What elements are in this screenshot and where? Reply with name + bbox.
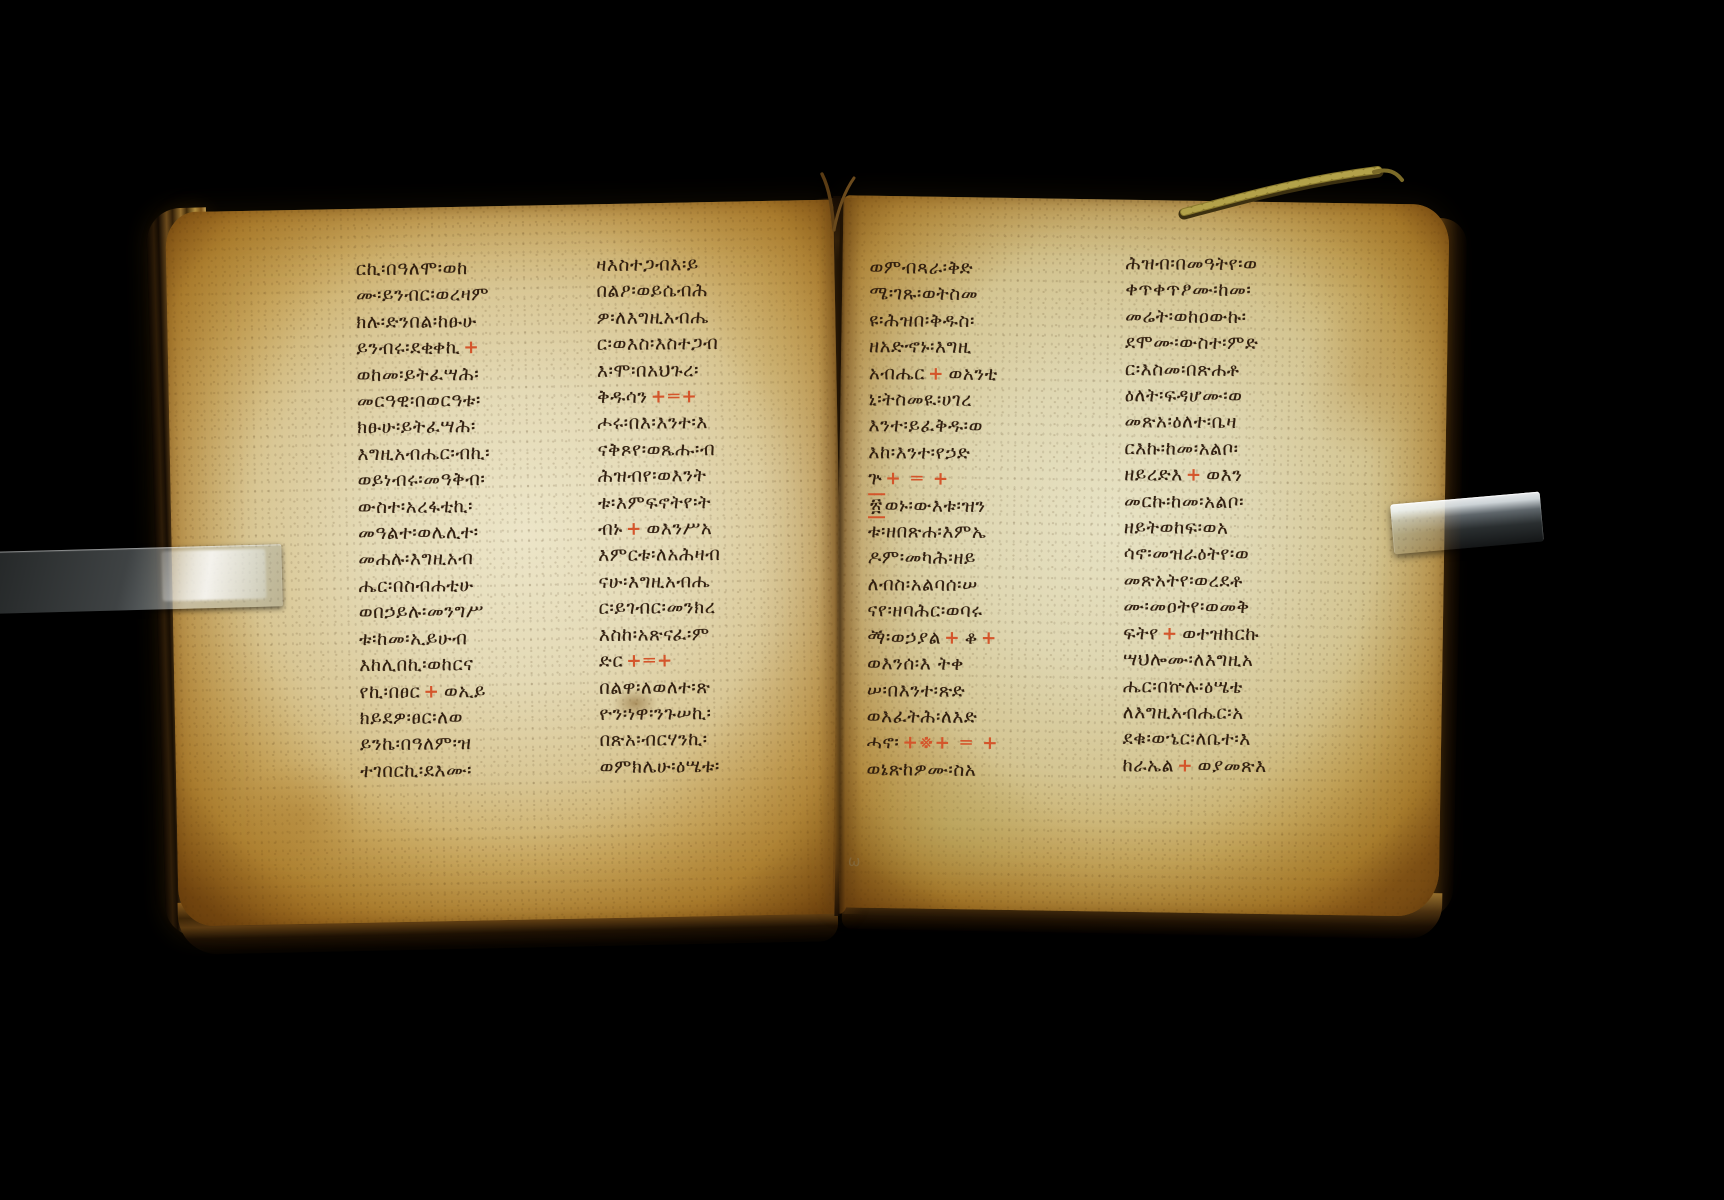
manuscript-line: የኪ፡በፀር+ወኢይ (359, 677, 619, 706)
binding-thread-icon (800, 168, 880, 238)
manuscript-line: ኒ፡ትስመዪ፡ሀገረ (869, 387, 1129, 415)
manuscript-line: ርእኩ፡ከመ፡አልቦ፡ (1124, 436, 1384, 464)
manuscript-line: ርኪ፡በዓለሞ፡ወከ (356, 255, 616, 284)
manuscript-line: መርዓዊ፡በወርዓቱ፡ (357, 387, 617, 416)
manuscript-line: ር፡ወእስ፡እስተጋብ (597, 330, 857, 358)
pencil-mark: ω (847, 852, 861, 871)
manuscript-line: ፳ወኑ፡ውእቱ፡ዝን (868, 493, 1128, 521)
glass-glare (161, 549, 266, 602)
manuscript-line: ውስተ፡አረፋቲኪ፡ (358, 493, 618, 522)
rubric-mark: + (420, 681, 444, 702)
manuscript-line: ክይደዎ፡ፀር፡ለወ (360, 704, 620, 733)
manuscript-line: ክፁሁ፡ይትፈሣሕ፡ (357, 413, 617, 442)
manuscript-line: ለብስ፡አልባሰ፡ሠ (868, 572, 1128, 600)
manuscript-line: ዎ፡ለእግዚአብሔ (597, 304, 857, 332)
manuscript-line: ወምክሌሁ፡ዕሤቱ፡ (600, 753, 860, 781)
rubric-mark: + (1174, 755, 1198, 776)
manuscript-line: ዩ፡ሕዝበ፡ቅዱስ፡ (869, 308, 1129, 336)
manuscript-line: እምርቱ፡ለአሕዛብ (598, 542, 858, 570)
manuscript-line: ናቅጾየ፡ወጼሑ፡ብ (597, 436, 857, 464)
manuscript-photo: ርኪ፡በዓለሞ፡ወከሙ፡ይንብር፡ወረዛምክሉ፡ድንበል፡ከፁሁይንብሩ፡ደቂቀ… (0, 0, 1724, 1200)
manuscript-line: ሓኖ፡+፠+ ═ + (867, 731, 1127, 759)
manuscript-line: ወይነብሩ፡መዓቅብ፡ (358, 466, 618, 495)
rubric-mark: +═+ (648, 386, 702, 407)
rubric-mark: + ═ + (882, 469, 953, 490)
manuscript-line: ሣህሎሙ፡ለእግዚአ (1123, 647, 1383, 675)
rubric-mark: + (978, 628, 1002, 649)
manuscript-line: በጽአ፡ብርሃንኪ፡ (599, 726, 859, 754)
text-column-right-1: ወምብጻራ፡ቅድሜ፡ገጹ፡ወትስመዩ፡ሕዝበ፡ቅዱስ፡ዘአድኆኑ፡እግዚአብሔር… (866, 255, 1129, 785)
manuscript-line: ር፡ይገብር፡መንክረ (599, 594, 859, 622)
rubric-mark: +፠+ ═ + (899, 733, 1002, 755)
manuscript-line: ሙ፡ይንብር፡ወረዛም (356, 281, 616, 310)
rubric-mark: + (1183, 465, 1207, 486)
manuscript-line: በልዋ፡ለወለተ፡ጽ (599, 674, 859, 702)
manuscript-line: መሐሉ፡እግዚአብ (358, 545, 618, 574)
manuscript-line: ወኔጽከዎሙ፡ስአ (866, 757, 1126, 785)
manuscript-line: ር፡እስመ፡በጽሐቶ (1125, 357, 1385, 385)
rubric-mark: +═+ (623, 650, 677, 671)
manuscript-line: ቅዱሳን+═+ (597, 383, 857, 411)
manuscript-line: ደቁ፡ወኄር፡ለቤተ፡እ (1123, 727, 1383, 755)
rubric-mark: + (1159, 623, 1183, 644)
manuscript-line: ቀጥቀጥፆሙ፡ከመ፡ (1125, 278, 1385, 306)
manuscript-line: ሖሩ፡በእ፡እንተ፡እ (597, 410, 857, 438)
manuscript-line: ወእንሰ፡እ ትቀ (867, 651, 1127, 679)
manuscript-line: ተገበርኪ፡ደእሙ፡ (360, 757, 620, 786)
manuscript-line: ቱ፡ከመ፡ኢይሁብ (359, 625, 619, 654)
manuscript-line: ሜ፡ገጹ፡ወትስመ (869, 282, 1129, 310)
manuscript-line: ዘይትወከፍ፡ወአ (1124, 515, 1384, 543)
manuscript-line: ወበኃይሉ፡መንግሥ (359, 598, 619, 627)
manuscript-line: ጕ+ ═ + (868, 466, 1128, 494)
manuscript-line: መሬት፡ወከዐውኩ፡ (1125, 304, 1385, 332)
text-column-left-1: ርኪ፡በዓለሞ፡ወከሙ፡ይንብር፡ወረዛምክሉ፡ድንበል፡ከፁሁይንብሩ፡ደቂቀ… (356, 255, 621, 785)
manuscript-line: እከ፡እንተ፡የኃድ (868, 440, 1128, 468)
manuscript-line: ክሉ፡ድንበል፡ከፁሁ (356, 308, 616, 337)
manuscript-line: ናሁ፡እግዚአብሔ (598, 568, 858, 596)
ethiopic-numeral: ፳ (868, 493, 885, 518)
manuscript-line: ዛእስተጋብእ፡ይ (596, 251, 856, 279)
manuscript-line: ቱ፡ዘበጽሐ፡እምኤ (868, 519, 1128, 547)
text-column-left-2: ዛእስተጋብእ፡ይበልዖ፡ወይሴብሕዎ፡ለእግዚአብሔር፡ወእስ፡እስተጋብእ፡… (596, 251, 860, 781)
manuscript-line: ፙ፡ወኃያል+ቆ+ (867, 625, 1127, 653)
manuscript-line: ሕዝብየ፡ወእንት (598, 462, 858, 490)
rubric-mark: + (941, 627, 965, 648)
manuscript-line: ፍትየ+ወተዝከርኩ (1123, 621, 1383, 649)
manuscript-line: ዶም፡መካሕ፡ዘይ (868, 546, 1128, 574)
rubric-mark: + (925, 363, 949, 384)
manuscript-line: መጽአ፡ዕለተ፡ቤዛ (1124, 410, 1384, 438)
manuscript-line: ይንኬ፡በዓለም፡ዝ (360, 730, 620, 759)
manuscript-line: እስከ፡አጽናፈ፡ም (599, 621, 859, 649)
manuscript-line: ድር+═+ (599, 647, 859, 675)
manuscript-line: ቱ፡እምፍኖትየ፡ት (598, 489, 858, 517)
manuscript-line: ዮን፡ነዋ፡ንጉሠኪ፡ (599, 700, 859, 728)
rubric-mark: + (460, 337, 484, 358)
manuscript-line: እግዚአብሔር፡ብኪ፡ (357, 440, 617, 469)
manuscript-line: በልዖ፡ወይሴብሕ (596, 278, 856, 306)
manuscript-line: ሔር፡በስብሐቲሁ (358, 572, 618, 601)
manuscript-line: እከሊበኪ፡ወከርና (359, 651, 619, 680)
manuscript-line: ሙ፡መዐትየ፡ወመቅ (1123, 594, 1383, 622)
manuscript-line: ወምብጻራ፡ቅድ (869, 255, 1129, 283)
manuscript-line: ለእግዚአብሔር፡አ (1123, 700, 1383, 728)
manuscript-line: ሕዝብ፡በመዓትየ፡ወ (1125, 251, 1385, 279)
manuscript-line: ሔር፡በኵሉ፡ዕሤቴ (1123, 674, 1383, 702)
manuscript-line: አብሔር+ወአንቲ (869, 361, 1129, 389)
rubric-mark: + (623, 519, 647, 540)
manuscript-line: መርኩ፡ከመ፡አልቦ፡ (1124, 489, 1384, 517)
left-glass-weight (0, 544, 283, 614)
manuscript-line: ወእፈትሕ፡ለእድ (867, 704, 1127, 732)
binding-cord-icon (1178, 156, 1408, 236)
manuscript-line: ናየ፡ዘባሕር፡ወባሩ (867, 598, 1127, 626)
manuscript-line: ብኑ+ወእንሥአ (598, 515, 858, 543)
manuscript-line: ዕለት፡ፍዳሆሙ፡ወ (1125, 383, 1385, 411)
manuscript-line: እንተ፡ይፈቅዱ፡ወ (868, 414, 1128, 442)
manuscript-line: መዓልተ፡ወሌሊተ፡ (358, 519, 618, 548)
manuscript-line: ዘአድኆኑ፡እግዚ (869, 334, 1129, 362)
manuscript-line: ዘይረድእ+ወእን (1124, 462, 1384, 490)
manuscript-line: ሠ፡በእንተ፡ጽድ (867, 678, 1127, 706)
text-column-right-2: ሕዝብ፡በመዓትየ፡ወቀጥቀጥፆሙ፡ከመ፡መሬት፡ወከዐውኩ፡ደሞሙ፡ውስተ፡ም… (1122, 251, 1385, 781)
manuscript-line: እ፡ሞ፡በአህጉረ፡ (597, 357, 857, 385)
manuscript-line: ወከመ፡ይትፈሣሕ፡ (357, 360, 617, 389)
manuscript-line: ከራኤል+ወያመጽእ (1122, 753, 1382, 781)
manuscript-line: ሳኖ፡መዝራዕትየ፡ወ (1124, 542, 1384, 570)
manuscript-line: ደሞሙ፡ውስተ፡ምድ (1125, 330, 1385, 358)
manuscript-line: መጽአትየ፡ወረደቶ (1124, 568, 1384, 596)
manuscript-line: ይንብሩ፡ደቂቀኪ+ (356, 334, 616, 363)
